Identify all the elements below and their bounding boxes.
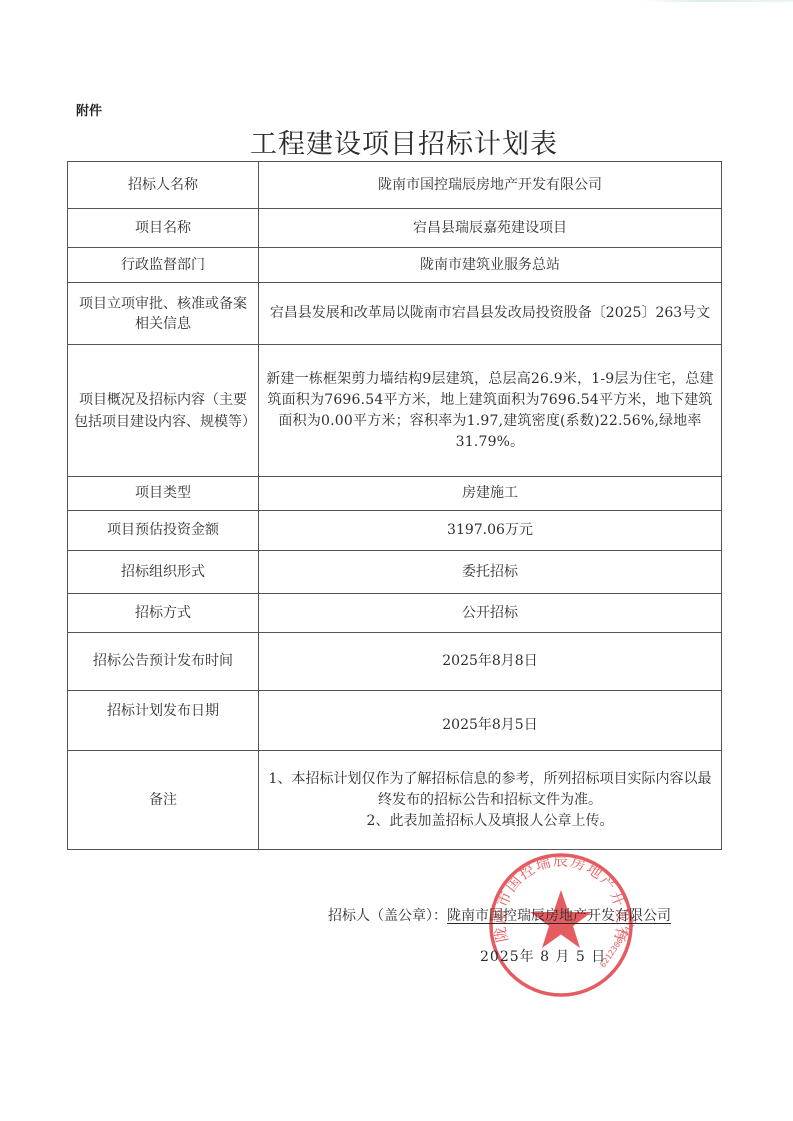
row-value: 2025年8月8日 [259, 633, 722, 691]
remark-item: 2、此表加盖招标人及填报人公章上传。 [265, 811, 715, 832]
attachment-label: 附件 [76, 100, 102, 119]
row-label: 招标人名称 [68, 162, 259, 209]
svg-text:陇南市国控瑞辰房地产开发有限公司: 陇南市国控瑞辰房地产开发有限公司 [486, 850, 631, 944]
row-value: 陇南市建筑业服务总站 [259, 248, 722, 283]
document-title: 工程建设项目招标计划表 [250, 122, 550, 161]
table-row-supervision-dept: 行政监督部门 陇南市建筑业服务总站 [68, 248, 722, 283]
row-value: 宕昌县瑞辰嘉苑建设项目 [259, 209, 722, 248]
row-label: 项目立项审批、核准或备案相关信息 [68, 283, 259, 345]
row-value: 3197.06万元 [259, 511, 722, 551]
row-value: 2025年8月5日 [259, 691, 722, 751]
row-value: 陇南市国控瑞辰房地产开发有限公司 [259, 162, 722, 209]
table-row-plan-release-date: 招标计划发布日期 2025年8月5日 [68, 691, 722, 751]
table-row-project-type: 项目类型 房建施工 [68, 477, 722, 511]
signature-company: 陇南市国控瑞辰房地产开发有限公司 [447, 908, 675, 924]
signature-date: 2025年 8 月 5 日 [480, 946, 606, 966]
table-row-approval-info: 项目立项审批、核准或备案相关信息 宕昌县发展和改革局以陇南市宕昌县发改局投资股备… [68, 283, 722, 345]
table-row-investment: 项目预估投资金额 3197.06万元 [68, 511, 722, 551]
remark-item: 1、本招标计划仅作为了解招标信息的参考，所列招标项目实际内容以最终发布的招标公告… [265, 769, 715, 811]
row-label: 项目概况及招标内容（主要包括项目建设内容、规模等） [68, 345, 259, 477]
row-value: 房建施工 [259, 477, 722, 511]
table-row-bidding-method: 招标方式 公开招标 [68, 594, 722, 633]
row-label: 备注 [68, 751, 259, 850]
remarks-content: 1、本招标计划仅作为了解招标信息的参考，所列招标项目实际内容以最终发布的招标公告… [259, 751, 722, 850]
row-label: 招标方式 [68, 594, 259, 633]
table-row-organization-form: 招标组织形式 委托招标 [68, 551, 722, 594]
row-label: 行政监督部门 [68, 248, 259, 283]
table-row-remarks: 备注 1、本招标计划仅作为了解招标信息的参考，所列招标项目实际内容以最终发布的招… [68, 751, 722, 850]
table-row-bidder-name: 招标人名称 陇南市国控瑞辰房地产开发有限公司 [68, 162, 722, 209]
row-label: 项目名称 [68, 209, 259, 248]
row-value: 委托招标 [259, 551, 722, 594]
row-label: 项目类型 [68, 477, 259, 511]
table-row-announcement-time: 招标公告预计发布时间 2025年8月8日 [68, 633, 722, 691]
row-label: 招标组织形式 [68, 551, 259, 594]
table-row-project-overview: 项目概况及招标内容（主要包括项目建设内容、规模等） 新建一栋框架剪力墙结构9层建… [68, 345, 722, 477]
row-value: 公开招标 [259, 594, 722, 633]
row-value: 宕昌县发展和改革局以陇南市宕昌县发改局投资股备〔2025〕263号文 [259, 283, 722, 345]
row-label: 招标计划发布日期 [68, 691, 259, 751]
stamp-arc-text: 陇南市国控瑞辰房地产开发有限公司 [486, 850, 631, 944]
row-value: 新建一栋框架剪力墙结构9层建筑，总层高26.9米，1-9层为住宅，总建筑面积为7… [259, 345, 722, 477]
row-label: 招标公告预计发布时间 [68, 633, 259, 691]
bidding-plan-table: 招标人名称 陇南市国控瑞辰房地产开发有限公司 项目名称 宕昌县瑞辰嘉苑建设项目 … [67, 161, 722, 850]
signature-label: 招标人（盖公章）： [328, 908, 447, 924]
scan-edge-artifact [640, 0, 793, 2]
company-seal-stamp: 陇南市国控瑞辰房地产开发有限公司 621230005123 [486, 850, 636, 1000]
row-label: 项目预估投资金额 [68, 511, 259, 551]
table-row-project-name: 项目名称 宕昌县瑞辰嘉苑建设项目 [68, 209, 722, 248]
signature-line: 招标人（盖公章）：陇南市国控瑞辰房地产开发有限公司 [328, 905, 675, 925]
